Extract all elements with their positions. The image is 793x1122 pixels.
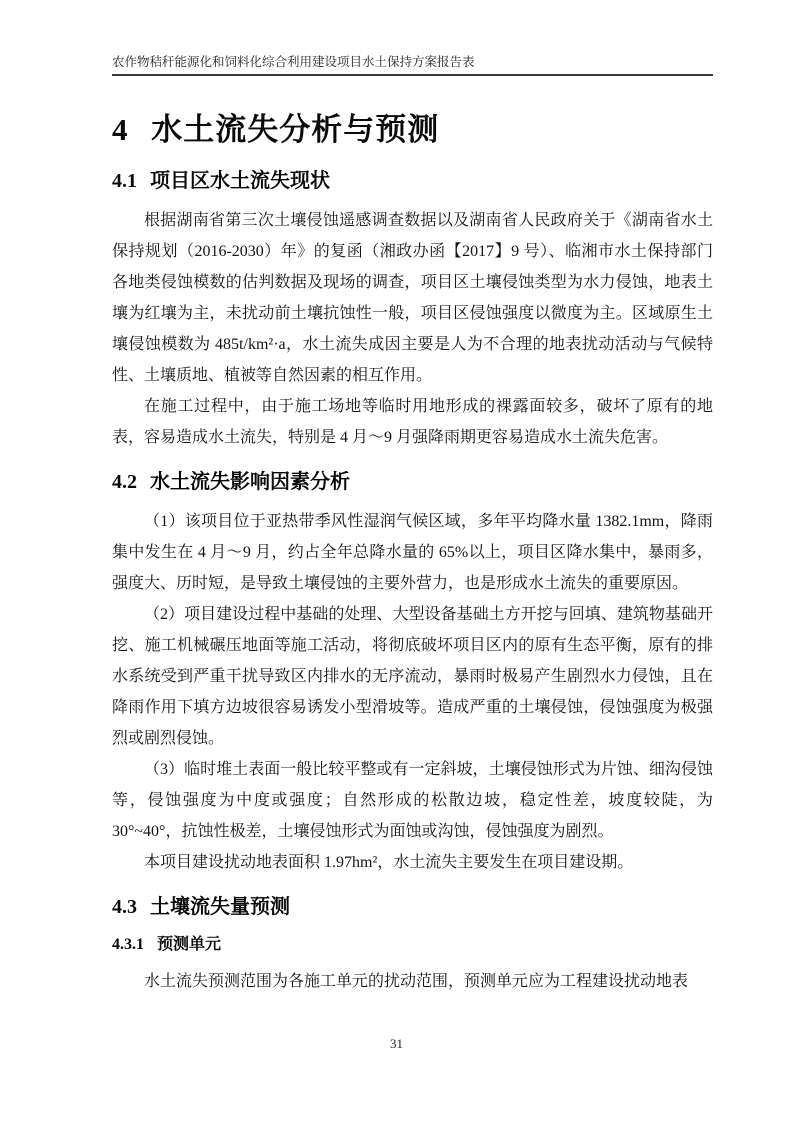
paragraph: （1）该项目位于亚热带季风性湿润气候区域，多年平均降水量 1382.1mm，降雨… xyxy=(112,506,713,599)
page-number: 31 xyxy=(390,1036,403,1051)
section-heading-4-1: 4.1 项目区水土流失现状 xyxy=(112,166,713,196)
running-header: 农作物秸秆能源化和饲料化综合利用建设项目水土保持方案报告表 xyxy=(112,53,713,76)
paragraph: （2）项目建设过程中基础的处理、大型设备基础土方开挖与回填、建筑物基础开挖、施工… xyxy=(112,599,713,754)
subsection-number: 4.3.1 xyxy=(112,936,144,953)
subsection-heading-4-3-1: 4.3.1 预测单元 xyxy=(112,932,713,958)
paragraph: 本项目建设扰动地表面积 1.97hm²，水土流失主要发生在项目建设期。 xyxy=(112,847,713,878)
document-content: 4 水土流失分析与预测 4.1 项目区水土流失现状 根据湖南省第三次土壤侵蚀遥感… xyxy=(112,96,713,997)
paragraph: 水土流失预测范围为各施工单元的扰动范围，预测单元应为工程建设扰动地表 xyxy=(112,966,713,997)
section-title: 水土流失影响因素分析 xyxy=(150,471,350,493)
section-heading-4-3: 4.3 土壤流失量预测 xyxy=(112,892,713,922)
page-footer: 31 xyxy=(0,1036,793,1052)
section-title: 土壤流失量预测 xyxy=(150,896,290,918)
section-title: 项目区水土流失现状 xyxy=(150,170,330,192)
subsection-title: 预测单元 xyxy=(157,936,221,953)
chapter-title: 水土流失分析与预测 xyxy=(151,112,439,147)
running-header-title: 农作物秸秆能源化和饲料化综合利用建设项目水土保持方案报告表 xyxy=(112,55,475,69)
section-number: 4.3 xyxy=(112,896,137,918)
paragraph: 在施工过程中，由于施工场地等临时用地形成的裸露面较多，破坏了原有的地表，容易造成… xyxy=(112,391,713,453)
section-number: 4.2 xyxy=(112,471,137,493)
paragraph: 根据湖南省第三次土壤侵蚀遥感调查数据以及湖南省人民政府关于《湖南省水土保持规划（… xyxy=(112,205,713,391)
chapter-number: 4 xyxy=(112,112,129,147)
paragraph: （3）临时堆土表面一般比较平整或有一定斜坡，土壤侵蚀形式为片蚀、细沟侵蚀等，侵蚀… xyxy=(112,754,713,847)
section-heading-4-2: 4.2 水土流失影响因素分析 xyxy=(112,467,713,497)
chapter-heading: 4 水土流失分析与预测 xyxy=(112,108,713,152)
document-page: 农作物秸秆能源化和饲料化综合利用建设项目水土保持方案报告表 4 水土流失分析与预… xyxy=(0,0,793,1122)
section-number: 4.1 xyxy=(112,170,137,192)
